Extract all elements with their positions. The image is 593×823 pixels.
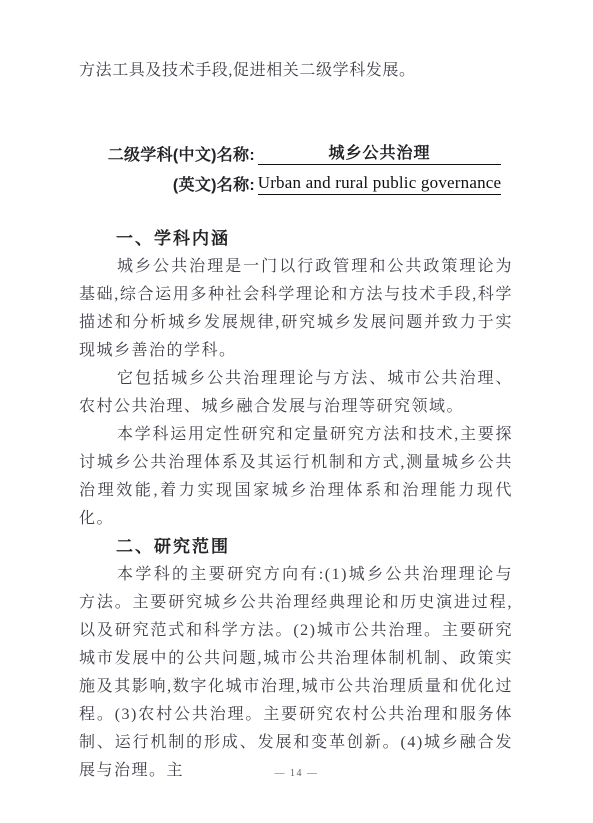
section-heading-1: 一、学科内涵 [79,225,513,253]
en-name-label: (英文)名称: [79,172,255,195]
paragraph: 城乡公共治理是一门以行政管理和公共政策理论为基础,综合运用多种社会科学理论和方法… [79,253,513,365]
en-name-value: Urban and rural public governance [258,173,502,193]
section-heading-2: 二、研究范围 [79,533,513,561]
cn-name-label: 二级学科(中文)名称: [79,142,255,165]
discipline-name-block: 二级学科(中文)名称: 城乡公共治理 (英文)名称: Urban and rur… [79,135,513,195]
document-page: 方法工具及技术手段,促进相关二级学科发展。 二级学科(中文)名称: 城乡公共治理… [0,0,593,823]
cn-name-underline-field: 城乡公共治理 [258,135,501,165]
paragraph: 本学科的主要研究方向有:(1)城乡公共治理理论与方法。主要研究城乡公共治理经典理… [79,561,513,785]
en-name-row: (英文)名称: Urban and rural public governanc… [79,165,513,195]
en-name-underline-field: Urban and rural public governance [258,165,501,195]
paragraph: 它包括城乡公共治理理论与方法、城市公共治理、农村公共治理、城乡融合发展与治理等研… [79,365,513,421]
cn-name-value: 城乡公共治理 [328,140,430,163]
page-number: — 14 — [0,768,593,779]
document-body: 一、学科内涵 城乡公共治理是一门以行政管理和公共政策理论为基础,综合运用多种社会… [79,225,513,785]
cn-name-row: 二级学科(中文)名称: 城乡公共治理 [79,135,513,165]
paragraph: 本学科运用定性研究和定量研究方法和技术,主要探讨城乡公共治理体系及其运行机制和方… [79,421,513,533]
intro-paragraph: 方法工具及技术手段,促进相关二级学科发展。 [79,57,513,85]
